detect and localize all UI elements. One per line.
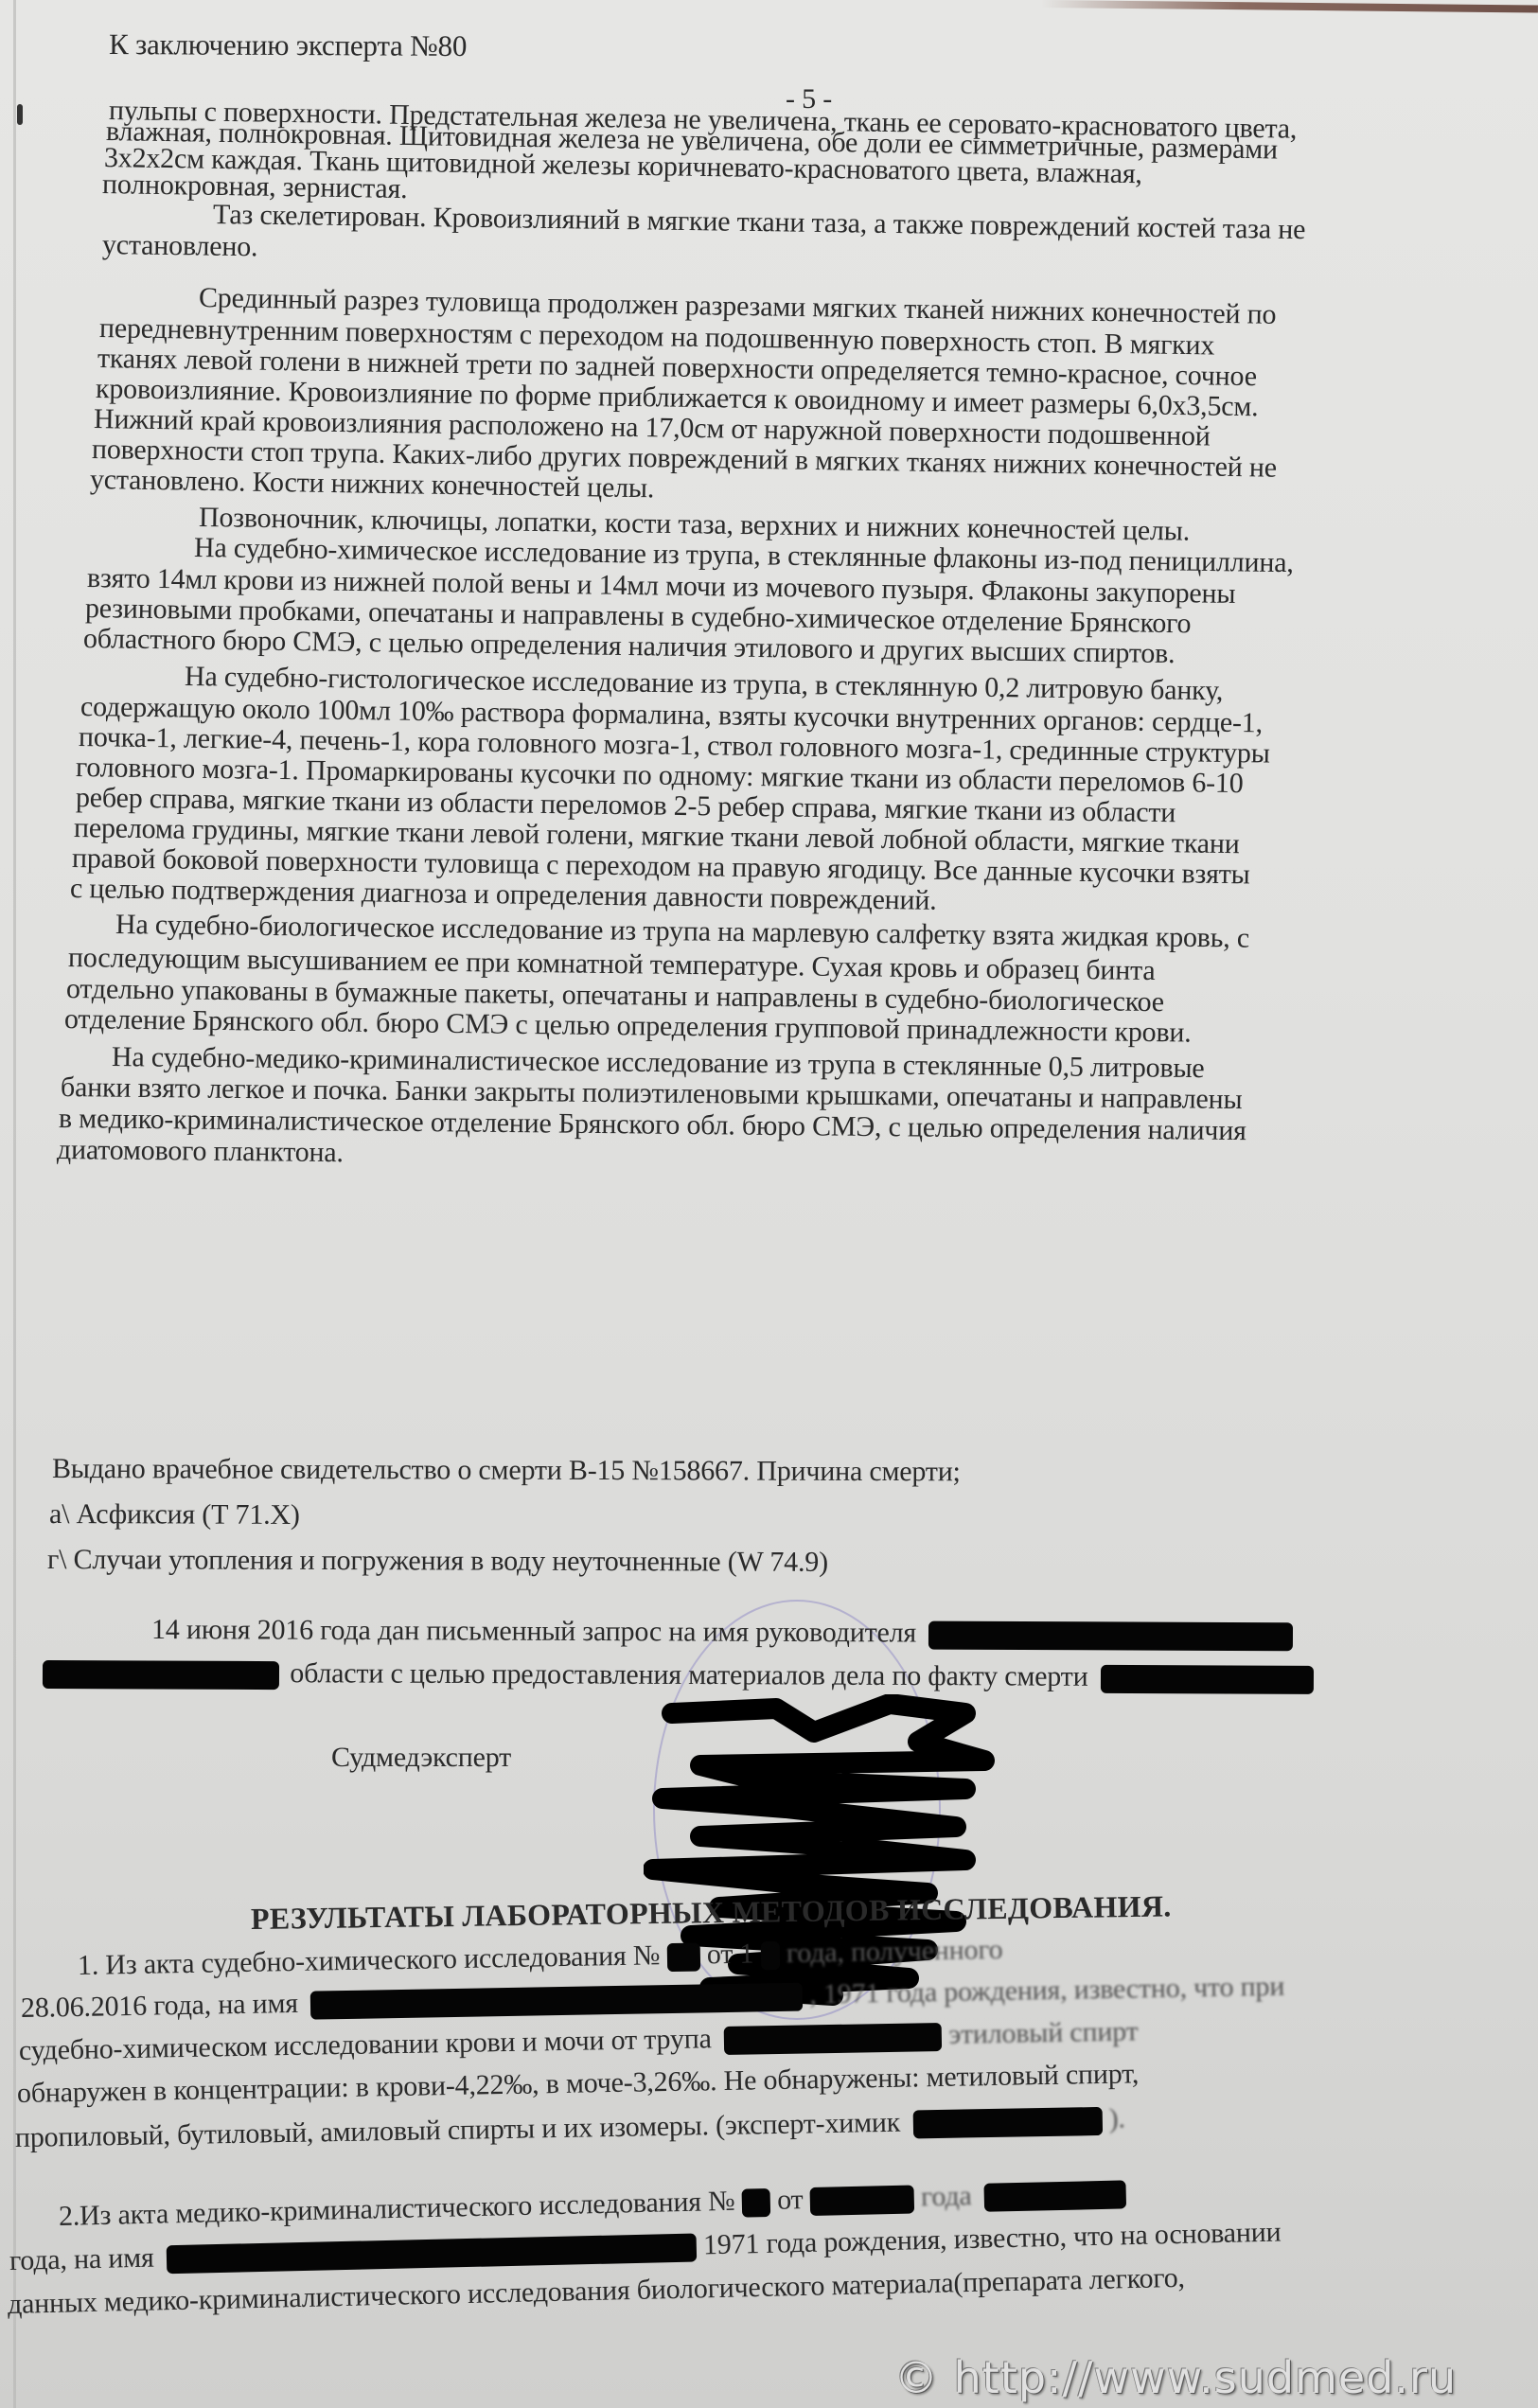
body-line: установлено. <box>102 229 258 263</box>
redaction-block <box>1101 1665 1314 1694</box>
request-line-1: 14 июня 2016 года дан письменный запрос … <box>151 1614 1293 1651</box>
result-1-line-4: обнаружен в концентрации: в крови-4,22‰,… <box>17 2058 1140 2110</box>
redaction-block <box>742 2188 771 2218</box>
result-1-line-5: пропиловый, бутиловый, амиловый спирты и… <box>15 2103 1125 2155</box>
result-text: ). <box>1108 2103 1125 2134</box>
certificate-line: Выдано врачебное свидетельство о смерти … <box>52 1453 961 1488</box>
result-text: 1. Из акта судебно-химического исследова… <box>78 1939 661 1981</box>
page-fold-line <box>13 0 16 2408</box>
redaction-block <box>167 2234 698 2275</box>
redaction-block <box>912 2107 1102 2138</box>
document-page: К заключению эксперта №80 - 5 - пульпы с… <box>0 0 1538 2408</box>
body-line: диатомового планктона. <box>57 1134 344 1169</box>
result-text: 28.06.2016 года, на имя <box>21 1988 298 2024</box>
result-1-line-3: судебно-химическом исследовании крови и … <box>19 2015 1139 2067</box>
redaction-block <box>809 2186 914 2216</box>
result-text: судебно-химическом исследовании крови и … <box>19 2023 712 2066</box>
body-line: Таз скелетирован. Кровоизлияний в мягкие… <box>213 199 1306 246</box>
redaction-block <box>43 1660 279 1690</box>
result-text: года, на имя <box>9 2242 154 2276</box>
result-text: 1971 года рождения, известно, что на осн… <box>703 2217 1282 2261</box>
request-text-1: 14 июня 2016 года дан письменный запрос … <box>151 1614 916 1649</box>
result-text: пропиловый, бутиловый, амиловый спирты и… <box>15 2107 901 2153</box>
document-header: К заключению эксперта №80 <box>109 28 467 62</box>
result-text: от <box>777 2184 804 2216</box>
request-line-2: области с целью предоставления материало… <box>43 1656 1314 1694</box>
cause-of-death-g: г\ Случаи утопления и погружения в воду … <box>47 1544 828 1579</box>
signature-label: Судмедэксперт <box>331 1742 511 1774</box>
redaction-block <box>666 1943 700 1973</box>
redaction-block <box>724 2023 942 2055</box>
redaction-block <box>984 2181 1127 2212</box>
result-text: от 1 <box>707 1939 754 1971</box>
results-title: РЕЗУЛЬТАТЫ ЛАБОРАТОРНЫХ МЕТОДОВ ИССЛЕДОВ… <box>251 1889 1172 1935</box>
watermark: © http://www.sudmed.ru <box>894 2352 1457 2403</box>
page-top-edge <box>1041 0 1538 12</box>
redaction-block <box>310 1983 803 2020</box>
redaction-block <box>760 1941 780 1970</box>
result-text: года <box>921 2180 972 2212</box>
result-text: этиловый спирт <box>948 2015 1139 2049</box>
page-punch-mark <box>17 104 23 125</box>
result-text: 2.Из акта медико-криминалистического исс… <box>59 2186 735 2232</box>
redaction-block <box>928 1621 1293 1652</box>
result-text: года, полученного <box>787 1934 1003 1969</box>
cause-of-death-a: а\ Асфиксия (Т 71.Х) <box>49 1498 300 1532</box>
request-text-2: области с целью предоставления материало… <box>290 1657 1087 1692</box>
